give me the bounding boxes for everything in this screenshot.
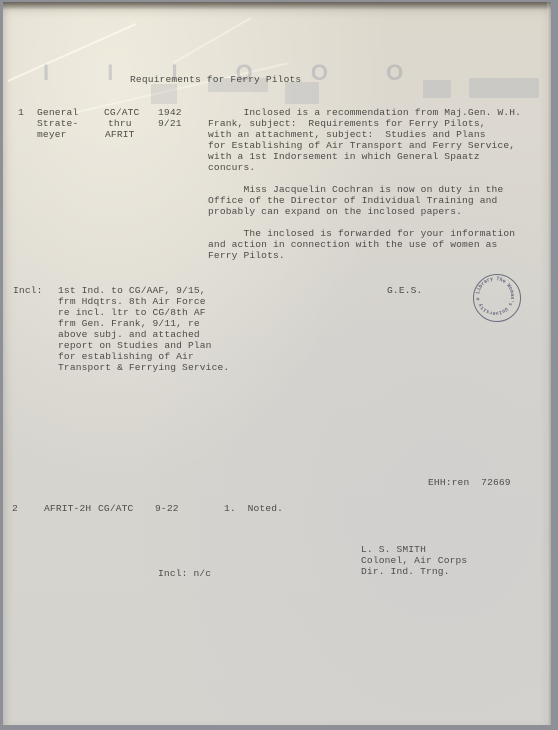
paragraph-line: with an attachment, subject: Studies and…: [208, 129, 486, 140]
reference-code: EHH:ren 72669: [428, 477, 511, 488]
entry-to: CG/ATC: [98, 503, 133, 514]
paper-crease: [173, 17, 252, 64]
page-right-edge: [547, 2, 551, 725]
inclosure-line: for establishing of Air: [58, 351, 194, 362]
entry-date: 9-22: [155, 503, 179, 514]
entry-from-line: General: [37, 107, 78, 118]
paragraph-line: and action in connection with the use of…: [208, 239, 497, 250]
paragraph-line: concurs.: [208, 162, 255, 173]
signature-rank: Colonel, Air Corps: [361, 555, 467, 566]
library-stamp-icon: Library The Woman's University of Texas: [473, 274, 521, 322]
inclosure-line: frm Hdqtrs. 8th Air Force: [58, 296, 206, 307]
inclosure-label: Incl:: [13, 285, 43, 296]
entry-to-line: AFRIT: [105, 129, 135, 140]
paragraph-line: probably can expand on the inclosed pape…: [208, 206, 462, 217]
document-page: I I I O O O Requirements for Ferry Pilot…: [3, 2, 551, 725]
bleed-through-mark: [285, 82, 319, 104]
inclosure-line: Transport & Ferrying Service.: [58, 362, 229, 373]
bleed-through-mark: [423, 80, 451, 98]
document-title: Requirements for Ferry Pilots: [130, 74, 301, 85]
paragraph-line: The inclosed is forwarded for your infor…: [208, 228, 515, 239]
paragraph-line: Ferry Pilots.: [208, 250, 285, 261]
paragraph-line: Frank, subject: Requirements for Ferry P…: [208, 118, 486, 129]
paragraph-line: Miss Jacquelin Cochran is now on duty in…: [208, 184, 503, 195]
paragraph-line: for Establishing of Air Transport and Fe…: [208, 140, 515, 151]
inclosure-line: above subj. and attached: [58, 329, 200, 340]
inclosure-line: re incl. ltr to CG/8th AF: [58, 307, 206, 318]
paragraph-line: with a 1st Indorsement in which General …: [208, 151, 480, 162]
paragraph-line: Office of the Director of Individual Tra…: [208, 195, 497, 206]
entry-text: 1. Noted.: [224, 503, 283, 514]
entry-from-line: Strate-: [37, 118, 78, 129]
inclosure-line: report on Studies and Plan: [58, 340, 212, 351]
entry-date-line: 9/21: [158, 118, 182, 129]
initials: G.E.S.: [387, 285, 422, 296]
entry-number: 2: [12, 503, 18, 514]
signature-office: Dir. Ind. Trng.: [361, 566, 450, 577]
entry-date-line: 1942: [158, 107, 182, 118]
paragraph-line: Inclosed is a recommendation from Maj.Ge…: [208, 107, 521, 118]
inclosure-line: frm Gen. Frank, 9/11, re: [58, 318, 200, 329]
svg-text:Library The Woman's Universi: Library The Woman's University of Texas: [472, 273, 515, 316]
entry-number: 1: [18, 107, 24, 118]
bleed-through-mark: [469, 78, 539, 98]
signature-name: L. S. SMITH: [361, 544, 426, 555]
bleed-through-mark: [151, 84, 177, 104]
page-top-shadow: [3, 2, 551, 10]
inclosure-note: Incl: n/c: [158, 568, 211, 579]
inclosure-line: 1st Ind. to CG/AAF, 9/15,: [58, 285, 206, 296]
entry-from: AFRIT-2H: [44, 503, 91, 514]
entry-from-line: meyer: [37, 129, 67, 140]
entry-to-line: thru: [108, 118, 132, 129]
entry-to-line: CG/ATC: [104, 107, 139, 118]
